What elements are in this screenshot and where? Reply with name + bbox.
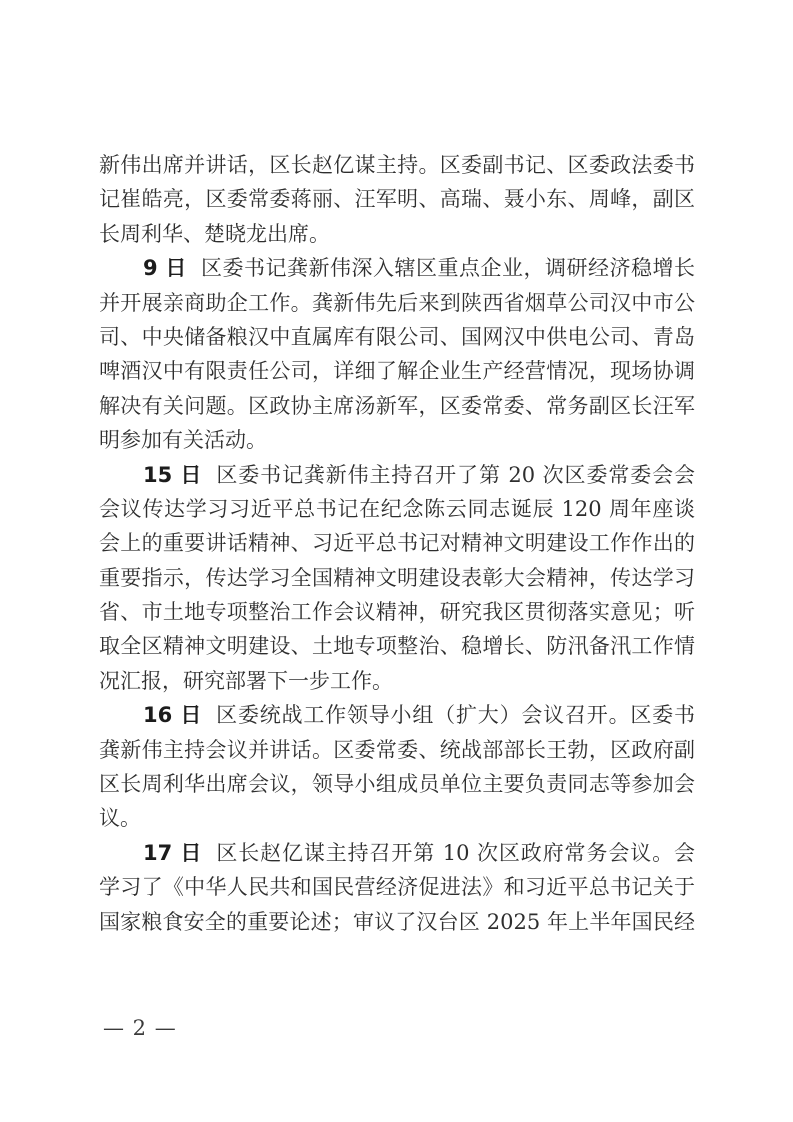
text-line: 会议传达学习习近平总书记在纪念陈云同志诞辰 120 周年座谈 bbox=[99, 492, 695, 526]
text-line-content: 区委书记龚新伟主持召开了第 20 次区委常委会会议。 bbox=[143, 463, 695, 492]
text-line: 长周利华、楚晓龙出席。 bbox=[99, 217, 695, 251]
text-line: 啤酒汉中有限责任公司，详细了解企业生产经营情况，现场协调 bbox=[99, 354, 695, 388]
text-line-content: 区委统战工作领导小组（扩大）会议召开。区委书记 bbox=[143, 703, 695, 732]
text-line: 15 日区委书记龚新伟主持召开了第 20 次区委常委会会议。 bbox=[99, 458, 695, 492]
document-body: 新伟出席并讲话，区长赵亿谋主持。区委副书记、区委政法委书记崔皓亮，区委常委蒋丽、… bbox=[99, 148, 695, 939]
text-line: 17 日区长赵亿谋主持召开第 10 次区政府常务会议。会议 bbox=[99, 836, 695, 870]
paragraph: 新伟出席并讲话，区长赵亿谋主持。区委副书记、区委政法委书记崔皓亮，区委常委蒋丽、… bbox=[99, 148, 695, 251]
date-marker: 17 日 bbox=[143, 841, 202, 865]
text-line: 会上的重要讲话精神、习近平总书记对精神文明建设工作作出的 bbox=[99, 526, 695, 560]
text-line-content: 区委书记龚新伟深入辖区重点企业，调研经济稳增长 bbox=[201, 256, 695, 280]
text-line: 司、中央储备粮汉中直属库有限公司、国网汉中供电公司、青岛 bbox=[99, 320, 695, 354]
text-line: 重要指示，传达学习全国精神文明建设表彰大会精神，传达学习 bbox=[99, 561, 695, 595]
text-line: 区长周利华出席会议，领导小组成员单位主要负责同志等参加会 bbox=[99, 767, 695, 801]
text-line: 9 日区委书记龚新伟深入辖区重点企业，调研经济稳增长 bbox=[99, 251, 695, 285]
text-line: 16 日区委统战工作领导小组（扩大）会议召开。区委书记 bbox=[99, 698, 695, 732]
paragraph: 17 日区长赵亿谋主持召开第 10 次区政府常务会议。会议学习了《中华人民共和国… bbox=[99, 836, 695, 939]
text-line: 并开展亲商助企工作。龚新伟先后来到陕西省烟草公司汉中市公 bbox=[99, 286, 695, 320]
date-marker: 15 日 bbox=[143, 463, 202, 487]
page-number: — 2 — bbox=[103, 1013, 177, 1043]
paragraph: 15 日区委书记龚新伟主持召开了第 20 次区委常委会会议。会议传达学习习近平总… bbox=[99, 458, 695, 699]
date-marker: 9 日 bbox=[143, 256, 187, 280]
text-line: 解决有关问题。区政协主席汤新军，区委常委、常务副区长汪军 bbox=[99, 389, 695, 423]
paragraph: 9 日区委书记龚新伟深入辖区重点企业，调研经济稳增长并开展亲商助企工作。龚新伟先… bbox=[99, 251, 695, 457]
text-line: 学习了《中华人民共和国民营经济促进法》和习近平总书记关于 bbox=[99, 870, 695, 904]
text-line: 明参加有关活动。 bbox=[99, 423, 695, 457]
text-line: 省、市土地专项整治工作会议精神，研究我区贯彻落实意见；听 bbox=[99, 595, 695, 629]
text-line-content: 区长赵亿谋主持召开第 10 次区政府常务会议。会议 bbox=[143, 841, 695, 870]
text-line: 记崔皓亮，区委常委蒋丽、汪军明、高瑞、聂小东、周峰，副区 bbox=[99, 182, 695, 216]
text-line: 况汇报，研究部署下一步工作。 bbox=[99, 664, 695, 698]
text-line: 龚新伟主持会议并讲话。区委常委、统战部部长王勃，区政府副 bbox=[99, 733, 695, 767]
paragraph: 16 日区委统战工作领导小组（扩大）会议召开。区委书记龚新伟主持会议并讲话。区委… bbox=[99, 698, 695, 836]
text-line: 新伟出席并讲话，区长赵亿谋主持。区委副书记、区委政法委书 bbox=[99, 148, 695, 182]
document-page: 新伟出席并讲话，区长赵亿谋主持。区委副书记、区委政法委书记崔皓亮，区委常委蒋丽、… bbox=[0, 0, 793, 1122]
text-line: 取全区精神文明建设、土地专项整治、稳增长、防汛备汛工作情 bbox=[99, 629, 695, 663]
date-marker: 16 日 bbox=[143, 703, 202, 727]
text-line: 国家粮食安全的重要论述；审议了汉台区 2025 年上半年国民经 bbox=[99, 905, 695, 939]
text-line: 议。 bbox=[99, 801, 695, 835]
